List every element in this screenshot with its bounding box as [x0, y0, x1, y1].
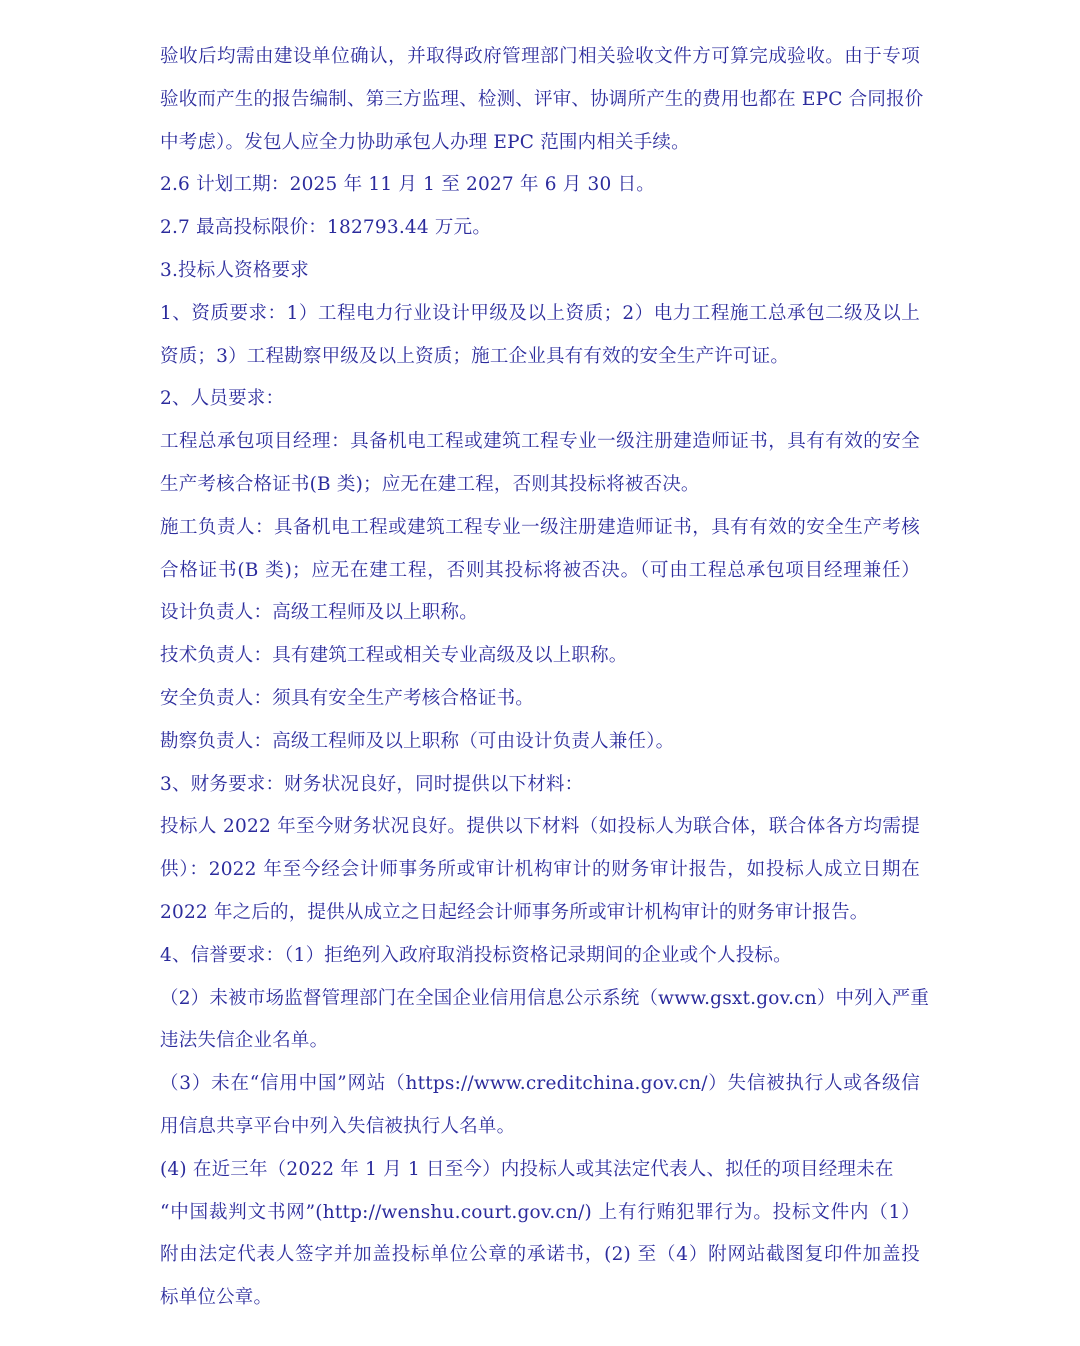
- project-manager-requirement: 生产考核合格证书(B 类)；应无在建工程，否则其投标将被否决。: [160, 464, 920, 507]
- paragraph-line: 中考虑）。发包人应全力协助承包人办理 EPC 范围内相关手续。: [160, 122, 920, 165]
- credit-requirement-item-2: 违法失信企业名单。: [160, 1020, 920, 1063]
- financial-requirement: 供）：2022 年至今经会计师事务所或审计机构审计的财务审计报告，如投标人成立日…: [160, 849, 920, 892]
- document-page: 验收后均需由建设单位确认，并取得政府管理部门相关验收文件方可算完成验收。由于专项…: [160, 36, 920, 1320]
- safety-lead-requirement: 安全负责人：须具有安全生产考核合格证书。: [160, 678, 920, 721]
- paragraph-line: 验收而产生的报告编制、第三方监理、检测、评审、协调所产生的费用也都在 EPC 合…: [160, 79, 920, 122]
- credit-requirement-item-4: “中国裁判文书网”(http://wenshu.court.gov.cn/) 上…: [160, 1192, 920, 1235]
- financial-requirement: 投标人 2022 年至今财务状况良好。提供以下材料（如投标人为联合体，联合体各方…: [160, 806, 920, 849]
- section-3-heading: 3.投标人资格要求: [160, 250, 920, 293]
- credit-requirement-item-4: 附由法定代表人签字并加盖投标单位公章的承诺书，(2) 至（4）附网站截图复印件加…: [160, 1234, 920, 1277]
- section-2-6-schedule: 2.6 计划工期：2025 年 11 月 1 至 2027 年 6 月 30 日…: [160, 164, 920, 207]
- credit-requirement-item-4: (4) 在近三年（2022 年 1 月 1 日至今）内投标人或其法定代表人、拟任…: [160, 1149, 920, 1192]
- credit-requirement-item-4: 标单位公章。: [160, 1277, 920, 1320]
- personnel-requirement-heading: 2、人员要求：: [160, 378, 920, 421]
- technical-lead-requirement: 技术负责人：具有建筑工程或相关专业高级及以上职称。: [160, 635, 920, 678]
- project-manager-requirement: 工程总承包项目经理：具备机电工程或建筑工程专业一级注册建造师证书，具有有效的安全: [160, 421, 920, 464]
- credit-requirement-heading: 4、信誉要求：（1）拒绝列入政府取消投标资格记录期间的企业或个人投标。: [160, 935, 920, 978]
- paragraph-line: 验收后均需由建设单位确认，并取得政府管理部门相关验收文件方可算完成验收。由于专项: [160, 36, 920, 79]
- credit-requirement-item-2: （2）未被市场监督管理部门在全国企业信用信息公示系统（www.gsxt.gov.…: [160, 978, 920, 1021]
- financial-requirement-heading: 3、财务要求：财务状况良好，同时提供以下材料：: [160, 764, 920, 807]
- section-2-7-max-bid-price: 2.7 最高投标限价：182793.44 万元。: [160, 207, 920, 250]
- credit-requirement-item-3: （3）未在“信用中国”网站（https://www.creditchina.go…: [160, 1063, 920, 1106]
- financial-requirement: 2022 年之后的，提供从成立之日起经会计师事务所或审计机构审计的财务审计报告。: [160, 892, 920, 935]
- construction-lead-requirement: 施工负责人：具备机电工程或建筑工程专业一级注册建造师证书，具有有效的安全生产考核: [160, 507, 920, 550]
- credit-requirement-item-3: 用信息共享平台中列入失信被执行人名单。: [160, 1106, 920, 1149]
- qualification-requirement: 1、资质要求：1）工程电力行业设计甲级及以上资质；2）电力工程施工总承包二级及以…: [160, 293, 920, 336]
- survey-lead-requirement: 勘察负责人：高级工程师及以上职称（可由设计负责人兼任）。: [160, 721, 920, 764]
- qualification-requirement: 资质；3）工程勘察甲级及以上资质；施工企业具有有效的安全生产许可证。: [160, 336, 920, 379]
- design-lead-requirement: 设计负责人：高级工程师及以上职称。: [160, 592, 920, 635]
- construction-lead-requirement: 合格证书(B 类)；应无在建工程，否则其投标将被否决。（可由工程总承包项目经理兼…: [160, 550, 920, 593]
